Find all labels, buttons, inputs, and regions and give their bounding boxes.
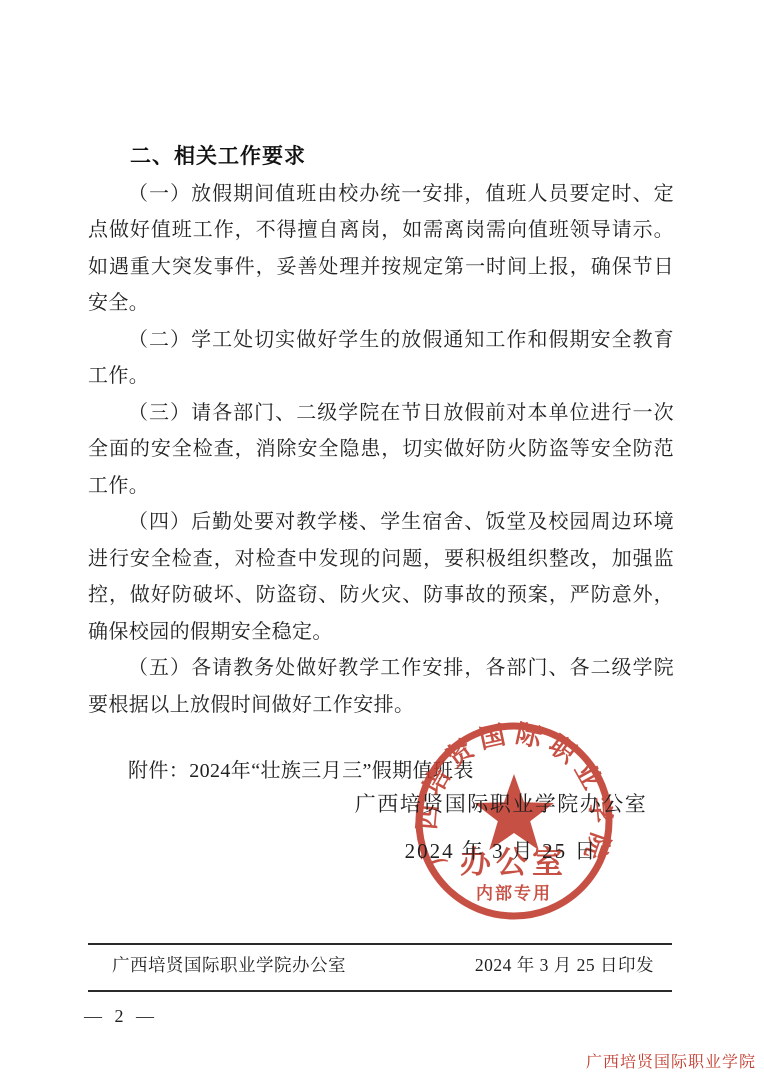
paragraph-item-5: （五）各请教务处做好教学工作安排，各部门、各二级学院要根据以上放假时间做好工作安… bbox=[88, 650, 674, 723]
signature-org: 广西培贤国际职业学院办公室 bbox=[320, 788, 682, 818]
paragraph-item-4: （四）后勤处要对教学楼、学生宿舍、饭堂及校园周边环境进行安全检查，对检查中发现的… bbox=[88, 504, 674, 650]
footer-issuer: 广西培贤国际职业学院办公室 bbox=[112, 952, 346, 977]
footer-row: 广西培贤国际职业学院办公室 2024 年 3 月 25 日印发 bbox=[88, 952, 672, 977]
page-number: — 2 — bbox=[84, 1006, 158, 1027]
signature-block: 广西培贤国际职业学院办公室 2024 年 3 月 25 日 bbox=[320, 788, 682, 865]
paragraph-item-2: （二）学工处切实做好学生的放假通知工作和假期安全教育工作。 bbox=[88, 322, 674, 395]
paragraph-item-3: （三）请各部门、二级学院在节日放假前对本单位进行一次全面的安全检查，消除安全隐患… bbox=[88, 395, 674, 505]
section-heading: 二、相关工作要求 bbox=[88, 139, 674, 176]
school-watermark: 广西培贤国际职业学院 bbox=[586, 1049, 756, 1072]
footer-rule-bottom bbox=[88, 990, 672, 992]
paragraph-item-1: （一）放假期间值班由校办统一安排，值班人员要定时、定点做好值班工作，不得擅自离岗… bbox=[88, 176, 674, 322]
document-page: 二、相关工作要求 （一）放假期间值班由校办统一安排，值班人员要定时、定点做好值班… bbox=[0, 0, 764, 1080]
document-body: 二、相关工作要求 （一）放假期间值班由校办统一安排，值班人员要定时、定点做好值班… bbox=[88, 139, 674, 790]
seal-internal-use-text: 内部专用 bbox=[476, 883, 552, 903]
signature-date: 2024 年 3 月 25 日 bbox=[320, 835, 682, 865]
footer-rule-top bbox=[88, 943, 672, 945]
footer-print-date: 2024 年 3 月 25 日印发 bbox=[475, 952, 654, 977]
